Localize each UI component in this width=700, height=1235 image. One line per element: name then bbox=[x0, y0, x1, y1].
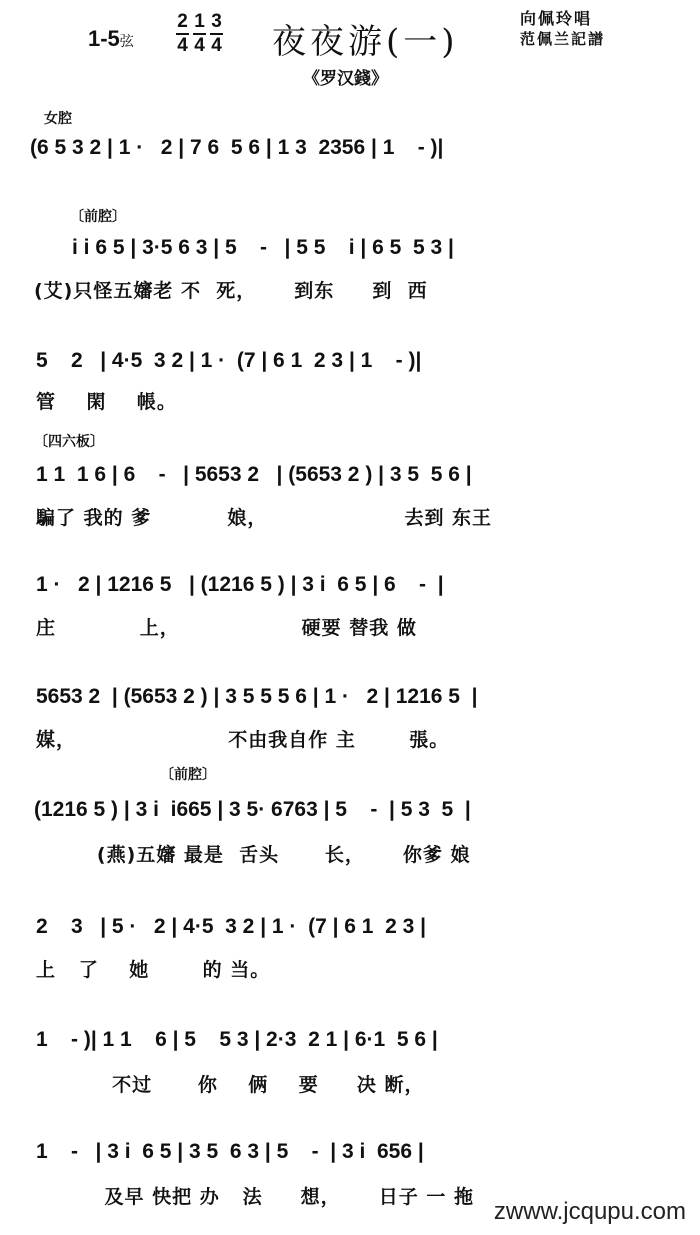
notation-line: 1 · 2 | 1216 5 | (1216 5 ) | 3 i 6 5 | 6… bbox=[36, 573, 444, 597]
section-label: 〔前腔〕 bbox=[70, 206, 126, 226]
notation-line: 1 1 1 6 | 6 - | 5653 2 | (5653 2 ) | 3 5… bbox=[36, 463, 472, 487]
meter-2-4: 24 bbox=[176, 12, 189, 56]
meter-1-4: 14 bbox=[193, 12, 206, 56]
lyrics-line: (艾)只怪五嬸老 不 死， 到东 到 西 bbox=[34, 276, 428, 303]
lyrics-line: 庄 上， 硬要 替我 做 bbox=[36, 613, 417, 640]
song-title: 夜夜游(一) bbox=[272, 14, 459, 63]
key-signature: 1-5弦 bbox=[88, 26, 134, 52]
notation-line: 1 - | 3 i 6 5 | 3 5 6 3 | 5 - | 3 i 656 … bbox=[36, 1140, 424, 1164]
lyrics-line: 及早 快把 办 法 想， 日子 一 拖 bbox=[36, 1182, 474, 1209]
lyrics-line: 不过 你 俩 要 决 断， bbox=[36, 1070, 424, 1097]
key-suffix: 弦 bbox=[120, 33, 134, 49]
meter-3-4: 34 bbox=[210, 12, 223, 56]
lyrics-line: 媒， 不由我自作 主 張。 bbox=[36, 725, 449, 752]
lyrics-line: (燕)五嬸 最是 舌头 长， 你爹 娘 bbox=[36, 840, 471, 867]
opera-subtitle: 《罗汉錢》 bbox=[303, 64, 388, 89]
key-text: 1-5 bbox=[88, 26, 120, 51]
watermark: zwww.jcqupu.com bbox=[494, 1198, 686, 1226]
transcriber-credit: 范佩兰記譜 bbox=[520, 28, 605, 49]
notation-line: 1 - )| 1 1 6 | 5 5 3 | 2·3 2 1 | 6·1 5 6… bbox=[36, 1028, 438, 1052]
notation-line: 5 2 | 4·5 3 2 | 1 · (7 | 6 1 2 3 | 1 - )… bbox=[36, 349, 421, 373]
section-label: 〔前腔〕 bbox=[160, 764, 216, 784]
section-label: 〔四六板〕 bbox=[34, 431, 104, 451]
lyrics-line: 管 閑 帳。 bbox=[36, 387, 177, 414]
singer-credit: 向佩玲唱 bbox=[520, 6, 592, 29]
notation-line: i i 6 5 | 3·5 6 3 | 5 - | 5 5 i | 6 5 5 … bbox=[72, 236, 454, 260]
lyrics-line: 上 了 她 的 当。 bbox=[36, 955, 270, 982]
notation-line: (6 5 3 2 | 1 · 2 | 7 6 5 6 | 1 3 2356 | … bbox=[30, 136, 443, 160]
notation-line: 2 3 | 5 · 2 | 4·5 3 2 | 1 · (7 | 6 1 2 3… bbox=[36, 915, 426, 939]
time-signatures: 24 14 34 bbox=[176, 12, 223, 56]
notation-line: (1216 5 ) | 3 i i665 | 3 5· 6763 | 5 - |… bbox=[34, 798, 471, 822]
lyrics-line: 騙了 我的 爹 娘， 去到 东王 bbox=[36, 503, 492, 530]
notation-line: 5653 2 | (5653 2 ) | 3 5 5 5 6 | 1 · 2 |… bbox=[36, 685, 478, 709]
section-label: 女腔 bbox=[44, 108, 72, 128]
